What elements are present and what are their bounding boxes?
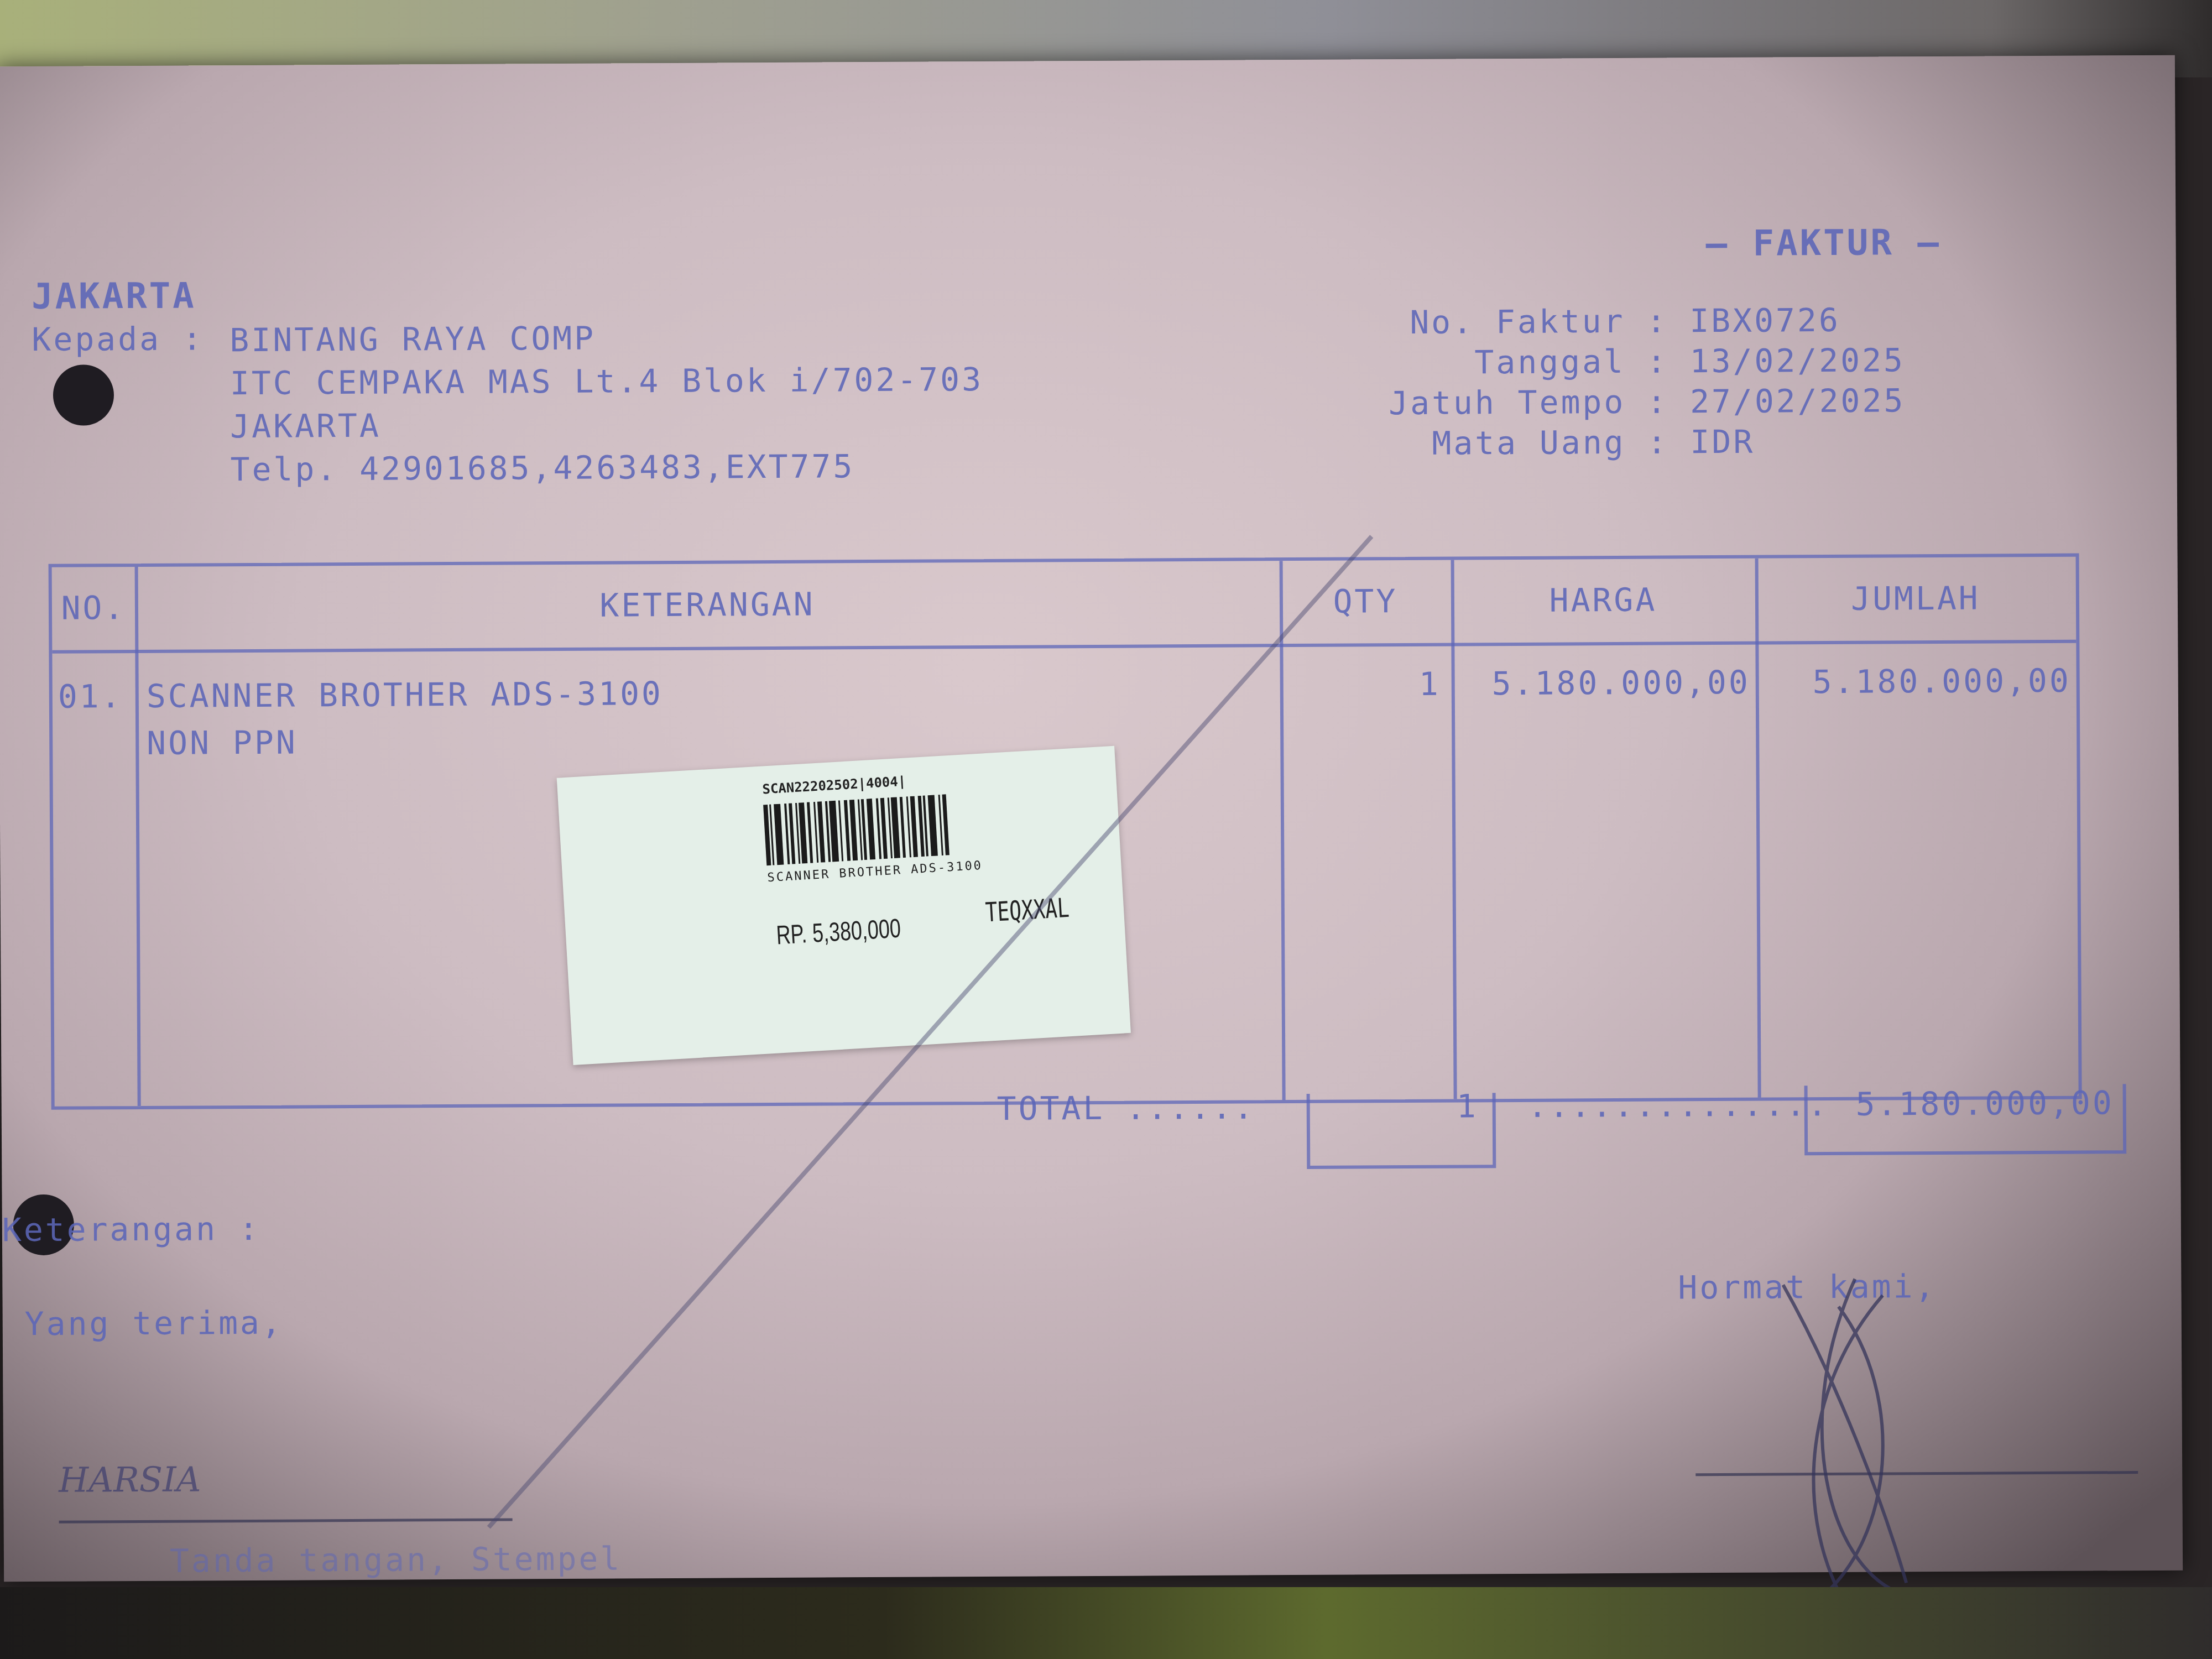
column-divider [1451, 560, 1457, 1099]
total-dots: .............. [1528, 1086, 1829, 1125]
column-header-price: HARGA [1451, 581, 1755, 620]
background-surface [0, 1587, 2212, 1659]
row-number: 01. [58, 677, 123, 716]
row-qty: 1 [1286, 665, 1441, 703]
barcode-icon [763, 787, 1065, 865]
binder-hole [53, 364, 114, 426]
received-signature: HARSIA [59, 1459, 201, 1500]
column-divider [135, 567, 141, 1106]
header-divider [52, 640, 2076, 654]
column-header-description: KETERANGAN [135, 583, 1280, 627]
row-description: SCANNER BROTHER ADS-3100 [147, 675, 663, 715]
received-label: Yang terima, [25, 1304, 283, 1343]
row-amount: 5.180.000,00 [1761, 662, 2071, 701]
meta-invoice-number: No. Faktur : IBX0726 [1388, 300, 1922, 343]
total-label: TOTAL ...... [997, 1088, 1255, 1127]
signature-icon [1772, 1273, 1917, 1605]
total-qty: 1 [1318, 1087, 1478, 1126]
recipient-name: BINTANG RAYA COMP [229, 315, 983, 362]
notes-label: Keterangan : [2, 1210, 260, 1249]
column-header-qty: QTY [1280, 582, 1451, 621]
meta-due-date: Jatuh Tempo : 27/02/2025 [1389, 380, 1922, 424]
signature-line [59, 1518, 513, 1523]
invoice-title: — FAKTUR — [1705, 222, 1941, 264]
sticker-price: RP. 5,380,000 [775, 914, 901, 951]
recipient-address: BINTANG RAYA COMP ITC CEMPAKA MAS Lt.4 B… [229, 315, 984, 491]
row-price: 5.180.000,00 [1457, 664, 1750, 703]
invoice-meta: No. Faktur : IBX0726 Tanggal : 13/02/202… [1388, 300, 1922, 464]
issuer-city: JAKARTA [32, 275, 196, 317]
total-amount: 5.180.000,00 [1815, 1084, 2114, 1123]
meta-date: Tanggal : 13/02/2025 [1389, 340, 1922, 383]
column-header-no: NO. [52, 589, 135, 627]
stamp-label: Tanda tangan, Stempel [170, 1540, 622, 1579]
recipient-label: Kepada : [32, 320, 204, 358]
recipient-address-line: ITC CEMPAKA MAS Lt.4 Blok i/702-703 [230, 358, 984, 405]
row-note: NON PPN [147, 723, 298, 761]
sticker-code: SCAN22202502|4004| [762, 774, 906, 797]
recipient-city: JAKARTA [230, 401, 984, 448]
table-row: 01. SCANNER BROTHER ADS-3100 NON PPN 1 5… [52, 557, 2076, 567]
invoice-paper: JAKARTA Kepada : BINTANG RAYA COMP ITC C… [0, 55, 2183, 1582]
column-header-amount: JUMLAH [1755, 579, 2076, 618]
meta-currency: Mata Uang : IDR [1389, 421, 1922, 464]
recipient-phone: Telp. 42901685,4263483,EXT775 [230, 444, 984, 491]
column-divider [1755, 559, 1761, 1098]
